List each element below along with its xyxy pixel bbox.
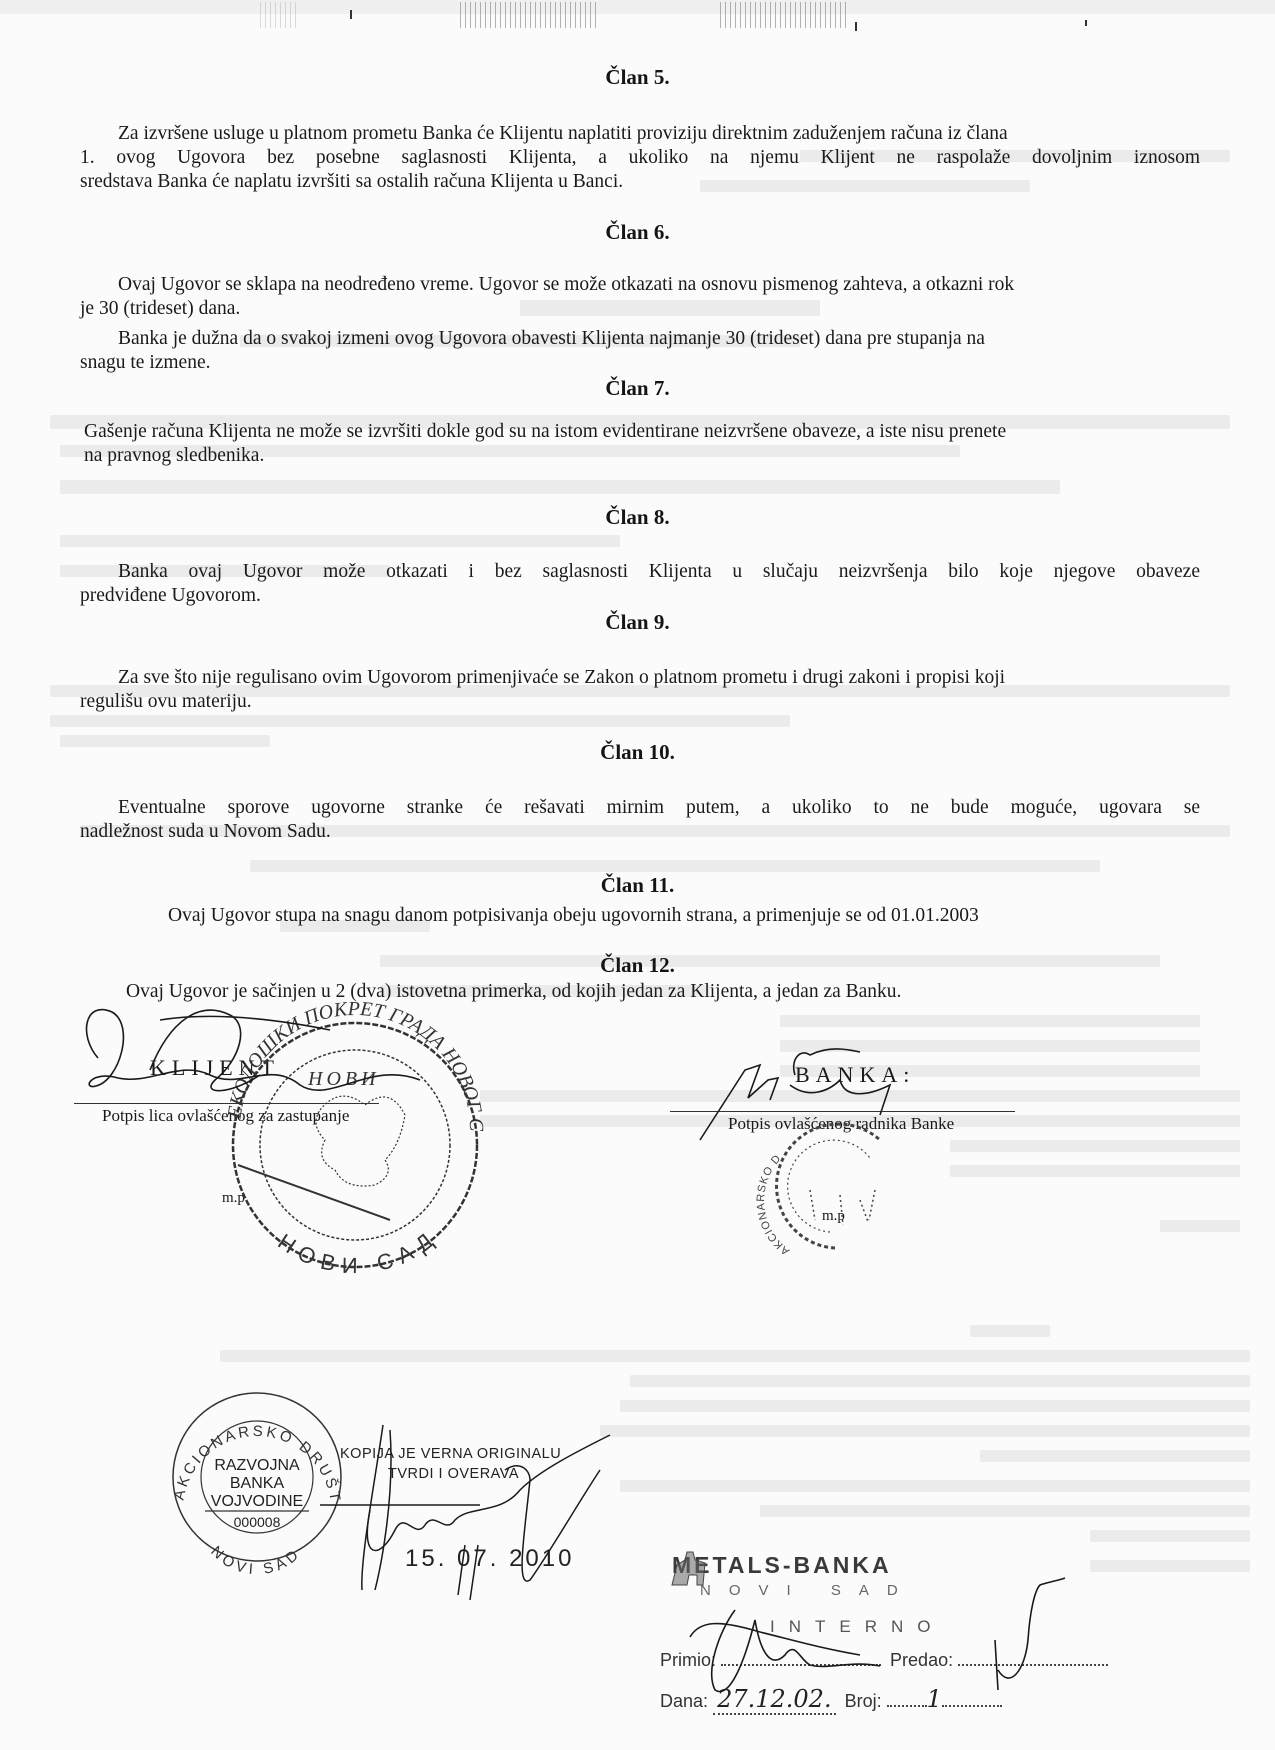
svg-text:RAZVOJNA: RAZVOJNA bbox=[214, 1457, 300, 1474]
svg-text:ЕКОЛОШКИ ПОКРЕТ ГРАДА НОВОГ СА: ЕКОЛОШКИ ПОКРЕТ ГРАДА НОВОГ САДА bbox=[0, 0, 487, 1132]
svg-text:НОВИ: НОВИ bbox=[307, 1068, 380, 1090]
svg-text:BANKA: BANKA bbox=[230, 1475, 285, 1492]
receipt-signatures bbox=[690, 1578, 1065, 1692]
svg-text:000008: 000008 bbox=[234, 1514, 281, 1530]
metals-banka-logo-icon bbox=[672, 1552, 705, 1585]
stamps-and-signatures-layer: ЕКОЛОШКИ ПОКРЕТ ГРАДА НОВОГ САДА НОВИ НО… bbox=[0, 0, 1275, 1750]
svg-text:НОВИ САД: НОВИ САД bbox=[273, 1223, 443, 1278]
svg-text:AKCIONARSKO DRUŠTVO • METALS: AKCIONARSKO DRUŠTVO • METALS bbox=[0, 0, 792, 1257]
certification-signature bbox=[320, 1425, 610, 1600]
client-stamp: ЕКОЛОШКИ ПОКРЕТ ГРАДА НОВОГ САДА НОВИ НО… bbox=[0, 0, 487, 1278]
bank-signature bbox=[700, 1049, 890, 1140]
scanned-document-page: Član 5. Član 6. Član 7. Član 8. Član 9. … bbox=[0, 0, 1275, 1750]
certification-stamp: AKCIONARSKO DRUŠTVO NOVI SAD RAZVOJNA BA… bbox=[0, 0, 344, 1578]
svg-text:AKCIONARSKO DRUŠTVO: AKCIONARSKO DRUŠTVO bbox=[0, 0, 344, 1505]
svg-text:VOJVODINE: VOJVODINE bbox=[211, 1493, 303, 1510]
